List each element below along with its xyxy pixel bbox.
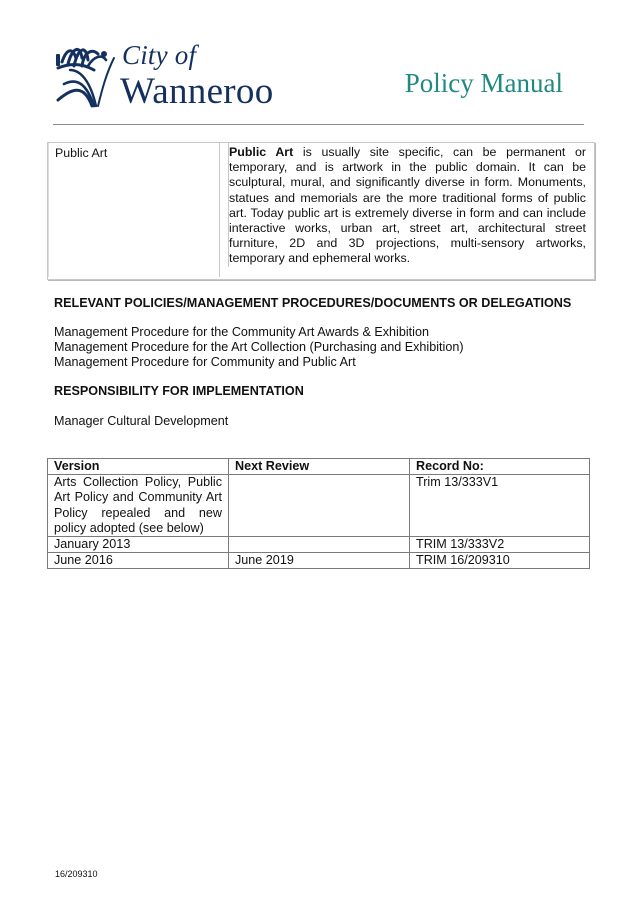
table-row: January 2013 TRIM 13/333V2: [48, 537, 590, 553]
responsibility-value: Manager Cultural Development: [54, 414, 228, 428]
record-no-cell: TRIM 13/333V2: [410, 537, 590, 553]
definition-body: Public Art is usually site specific, can…: [228, 143, 586, 267]
definition-table: Public Art Public Art is usually site sp…: [47, 142, 595, 280]
column-header-version: Version: [48, 459, 229, 475]
relevant-item: Management Procedure for the Community A…: [54, 325, 429, 339]
table-row: Arts Collection Policy, Public Art Polic…: [48, 475, 590, 537]
relevant-item: Management Procedure for Community and P…: [54, 355, 356, 369]
city-of-wanneroo-logo: City of Wanneroo: [54, 40, 294, 110]
policy-manual-title: Policy Manual: [405, 68, 563, 99]
relevant-item: Management Procedure for the Art Collect…: [54, 340, 464, 354]
table-header-row: Version Next Review Record No:: [48, 459, 590, 475]
next-review-cell: June 2019: [229, 553, 410, 569]
definition-body-lead: Public Art: [229, 145, 293, 159]
relevant-policies-heading: RELEVANT POLICIES/MANAGEMENT PROCEDURES/…: [54, 296, 571, 310]
record-no-cell: Trim 13/333V1: [410, 475, 590, 537]
logo-text-city-of: City of: [122, 40, 196, 71]
logo-text-wanneroo: Wanneroo: [120, 70, 274, 113]
version-history-table: Version Next Review Record No: Arts Coll…: [47, 458, 590, 569]
definition-body-text: is usually site specific, can be permane…: [229, 145, 586, 265]
definition-term: Public Art: [48, 143, 220, 277]
column-header-record-no: Record No:: [410, 459, 590, 475]
version-cell: Arts Collection Policy, Public Art Polic…: [48, 475, 229, 537]
version-cell: June 2016: [48, 553, 229, 569]
header-divider: [53, 124, 584, 125]
record-no-cell: TRIM 16/209310: [410, 553, 590, 569]
responsibility-heading: RESPONSIBILITY FOR IMPLEMENTATION: [54, 384, 304, 398]
document-reference: 16/209310: [55, 869, 98, 879]
next-review-cell: [229, 475, 410, 537]
version-cell: January 2013: [48, 537, 229, 553]
column-header-next-review: Next Review: [229, 459, 410, 475]
next-review-cell: [229, 537, 410, 553]
table-row: June 2016 June 2019 TRIM 16/209310: [48, 553, 590, 569]
kangaroo-paw-icon: [54, 40, 116, 108]
